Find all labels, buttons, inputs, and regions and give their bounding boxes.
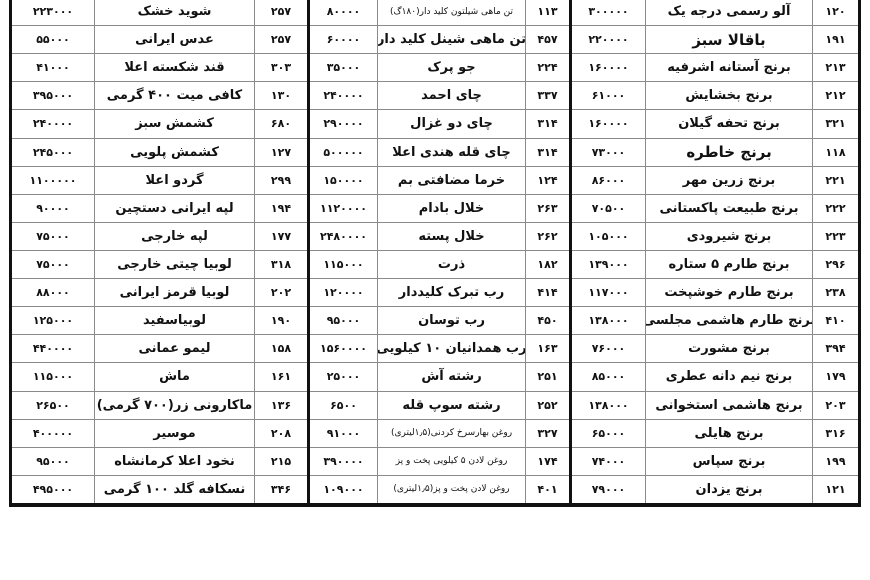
price-cell: ۷۰۵۰۰ bbox=[572, 195, 645, 222]
table-row: ۳۹۰۰۰۰روغن لادن ۵ کیلویی پخت و پز۱۷۴ bbox=[310, 447, 569, 475]
price-cell: ۱۳۸۰۰۰ bbox=[572, 392, 645, 419]
code-cell: ۲۲۱ bbox=[812, 167, 858, 194]
product-name-cell: کافی میت ۴۰۰ گرمی bbox=[94, 82, 254, 109]
product-name-cell: برنج طارم خوشپخت bbox=[645, 279, 812, 306]
code-cell: ۲۵۷ bbox=[254, 0, 307, 25]
table-row: ۱۱۲۰۰۰۰خلال بادام۲۶۳ bbox=[310, 194, 569, 222]
price-cell: ۲۲۰۰۰۰ bbox=[572, 26, 645, 53]
table-row: ۵۵۰۰۰عدس ایرانی۲۵۷ bbox=[12, 25, 307, 53]
price-cell: ۲۴۰۰۰۰ bbox=[12, 110, 94, 137]
product-name-cell: برنج تحفه گیلان bbox=[645, 110, 812, 137]
product-name-cell: لیمو عمانی bbox=[94, 335, 254, 362]
price-cell: ۱۰۹۰۰۰ bbox=[310, 476, 377, 503]
product-name-cell: شوید خشک bbox=[94, 0, 254, 25]
code-cell: ۴۱۰ bbox=[812, 307, 858, 334]
price-cell: ۷۵۰۰۰ bbox=[12, 251, 94, 278]
code-cell: ۳۱۸ bbox=[254, 251, 307, 278]
section-left: ۲۲۳۰۰۰شوید خشک۲۵۷۵۵۰۰۰عدس ایرانی۲۵۷۴۱۰۰۰… bbox=[12, 0, 307, 503]
code-cell: ۱۶۳ bbox=[525, 335, 569, 362]
code-cell: ۱۳۰ bbox=[254, 82, 307, 109]
price-cell: ۲۴۰۰۰۰ bbox=[310, 82, 377, 109]
product-name-cell: برنج سپاس bbox=[645, 448, 812, 475]
price-cell: ۱۳۹۰۰۰ bbox=[572, 251, 645, 278]
product-name-cell: قند شکسته اعلا bbox=[94, 54, 254, 81]
table-row: ۱۱۵۰۰۰ماش۱۶۱ bbox=[12, 362, 307, 390]
table-row: ۱۲۰۰۰۰رب تبرک کلیددار۴۱۴ bbox=[310, 278, 569, 306]
code-cell: ۳۳۷ bbox=[525, 82, 569, 109]
code-cell: ۱۵۸ bbox=[254, 335, 307, 362]
price-cell: ۸۵۰۰۰ bbox=[572, 363, 645, 390]
table-row: ۱۱۰۰۰۰۰گردو اعلا۲۹۹ bbox=[12, 166, 307, 194]
product-name-cell: لپه ایرانی دستچین bbox=[94, 195, 254, 222]
product-name-cell: عدس ایرانی bbox=[94, 26, 254, 53]
product-name-cell: رب همدانیان ۱۰ کیلویی bbox=[377, 335, 525, 362]
price-cell: ۵۵۰۰۰ bbox=[12, 26, 94, 53]
product-name-cell: لوبیا قرمز ایرانی bbox=[94, 279, 254, 306]
code-cell: ۳۱۶ bbox=[812, 420, 858, 447]
product-name-cell: کشمش پلویی bbox=[94, 139, 254, 166]
table-row: ۲۶۵۰۰ماکارونی زر(۷۰۰ گرمی)۱۳۶ bbox=[12, 391, 307, 419]
price-cell: ۱۱۲۰۰۰۰ bbox=[310, 195, 377, 222]
product-name-cell: روغن بهارسرخ کردنی(۱٫۵لیتری) bbox=[377, 420, 525, 447]
product-name-cell: برنج یزدان bbox=[645, 476, 812, 503]
table-row: ۷۹۰۰۰برنج یزدان۱۲۱ bbox=[572, 475, 858, 503]
table-row: ۷۵۰۰۰لوبیا چیتی خارجی۳۱۸ bbox=[12, 250, 307, 278]
code-cell: ۲۰۸ bbox=[254, 420, 307, 447]
code-cell: ۳۲۷ bbox=[525, 420, 569, 447]
product-name-cell: برنج طارم هاشمی مجلسی bbox=[645, 307, 812, 334]
product-name-cell: برنج مشورت bbox=[645, 335, 812, 362]
product-name-cell: رشته آش bbox=[377, 363, 525, 390]
table-row: ۸۰۰۰۰تن ماهی شیلتون کلید دار(۱۸۰گ)۱۱۳ bbox=[310, 0, 569, 25]
code-cell: ۲۹۹ bbox=[254, 167, 307, 194]
code-cell: ۲۰۳ bbox=[812, 392, 858, 419]
table-row: ۲۹۰۰۰۰چای دو غزال۳۱۴ bbox=[310, 109, 569, 137]
price-cell: ۸۰۰۰۰ bbox=[310, 0, 377, 25]
price-cell: ۳۵۰۰۰ bbox=[310, 54, 377, 81]
table-row: ۶۵۰۰۰برنج هایلی۳۱۶ bbox=[572, 419, 858, 447]
code-cell: ۱۲۰ bbox=[812, 0, 858, 25]
price-cell: ۱۲۵۰۰۰ bbox=[12, 307, 94, 334]
product-name-cell: لپه خارجی bbox=[94, 223, 254, 250]
table-row: ۵۰۰۰۰۰چای قله هندی اعلا۳۱۴ bbox=[310, 138, 569, 166]
price-cell: ۷۴۰۰۰ bbox=[572, 448, 645, 475]
code-cell: ۲۶۳ bbox=[525, 195, 569, 222]
product-name-cell: کشمش سبز bbox=[94, 110, 254, 137]
price-cell: ۲۴۸۰۰۰۰ bbox=[310, 223, 377, 250]
table-row: ۷۴۰۰۰برنج سپاس۱۹۹ bbox=[572, 447, 858, 475]
table-row: ۱۵۰۰۰۰خرما مضافتی بم۱۲۴ bbox=[310, 166, 569, 194]
code-cell: ۲۲۳ bbox=[812, 223, 858, 250]
price-cell: ۷۵۰۰۰ bbox=[12, 223, 94, 250]
table-row: ۱۳۸۰۰۰برنج هاشمی استخوانی۲۰۳ bbox=[572, 391, 858, 419]
code-cell: ۴۵۰ bbox=[525, 307, 569, 334]
code-cell: ۲۶۲ bbox=[525, 223, 569, 250]
table-row: ۱۵۶۰۰۰۰رب همدانیان ۱۰ کیلویی۱۶۳ bbox=[310, 334, 569, 362]
product-name-cell: خلال پسته bbox=[377, 223, 525, 250]
product-name-cell: چای قله هندی اعلا bbox=[377, 139, 525, 166]
table-row: ۴۹۵۰۰۰نسکافه گلد ۱۰۰ گرمی۳۴۶ bbox=[12, 475, 307, 503]
price-cell: ۴۰۰۰۰۰ bbox=[12, 420, 94, 447]
table-row: ۷۰۵۰۰برنج طبیعت پاکستانی۲۲۲ bbox=[572, 194, 858, 222]
code-cell: ۱۹۱ bbox=[812, 26, 858, 53]
table-row: ۱۰۵۰۰۰برنج شیرودی۲۲۳ bbox=[572, 222, 858, 250]
price-cell: ۲۹۰۰۰۰ bbox=[310, 110, 377, 137]
code-cell: ۳۲۱ bbox=[812, 110, 858, 137]
table-row: ۶۵۰۰رشته سوپ قله۲۵۲ bbox=[310, 391, 569, 419]
product-name-cell: برنج طبیعت پاکستانی bbox=[645, 195, 812, 222]
product-name-cell: تن ماهی شیلتون کلید دار(۱۸۰گ) bbox=[377, 0, 525, 25]
code-cell: ۲۱۳ bbox=[812, 54, 858, 81]
price-cell: ۶۵۰۰ bbox=[310, 392, 377, 419]
price-cell: ۱۳۸۰۰۰ bbox=[572, 307, 645, 334]
product-name-cell: روغن لادن پخت و پز(۱٫۵لیتری) bbox=[377, 476, 525, 503]
code-cell: ۱۷۷ bbox=[254, 223, 307, 250]
price-cell: ۲۶۵۰۰ bbox=[12, 392, 94, 419]
product-name-cell: ذرت bbox=[377, 251, 525, 278]
table-row: ۲۴۰۰۰۰چای احمد۳۳۷ bbox=[310, 81, 569, 109]
product-name-cell: برنج آستانه اشرفیه bbox=[645, 54, 812, 81]
product-name-cell: چای احمد bbox=[377, 82, 525, 109]
product-name-cell: برنج نیم دانه عطری bbox=[645, 363, 812, 390]
table-row: ۲۲۳۰۰۰شوید خشک۲۵۷ bbox=[12, 0, 307, 25]
table-row: ۶۰۰۰۰تن ماهی شینل کلید دار۴۵۷ bbox=[310, 25, 569, 53]
table-row: ۱۶۰۰۰۰برنج آستانه اشرفیه۲۱۳ bbox=[572, 53, 858, 81]
product-name-cell: برنج خاطره bbox=[645, 139, 812, 166]
code-cell: ۳۹۴ bbox=[812, 335, 858, 362]
code-cell: ۲۵۱ bbox=[525, 363, 569, 390]
price-cell: ۱۲۰۰۰۰ bbox=[310, 279, 377, 306]
price-cell: ۱۰۵۰۰۰ bbox=[572, 223, 645, 250]
code-cell: ۲۰۲ bbox=[254, 279, 307, 306]
product-name-cell: برنج بخشایش bbox=[645, 82, 812, 109]
price-cell: ۴۴۰۰۰۰ bbox=[12, 335, 94, 362]
table-row: ۴۰۰۰۰۰موسیر۲۰۸ bbox=[12, 419, 307, 447]
code-cell: ۲۵۲ bbox=[525, 392, 569, 419]
price-cell: ۷۶۰۰۰ bbox=[572, 335, 645, 362]
product-name-cell: چای دو غزال bbox=[377, 110, 525, 137]
product-name-cell: برنج طارم ۵ ستاره bbox=[645, 251, 812, 278]
table-row: ۹۵۰۰۰نخود اعلا کرمانشاه۲۱۵ bbox=[12, 447, 307, 475]
code-cell: ۳۰۳ bbox=[254, 54, 307, 81]
product-name-cell: جو پرک bbox=[377, 54, 525, 81]
product-name-cell: ماکارونی زر(۷۰۰ گرمی) bbox=[94, 392, 254, 419]
code-cell: ۱۹۰ bbox=[254, 307, 307, 334]
price-cell: ۹۵۰۰۰ bbox=[310, 307, 377, 334]
price-cell: ۳۹۰۰۰۰ bbox=[310, 448, 377, 475]
table-row: ۳۰۰۰۰۰آلو رسمی درجه یک۱۲۰ bbox=[572, 0, 858, 25]
price-cell: ۸۶۰۰۰ bbox=[572, 167, 645, 194]
code-cell: ۱۹۹ bbox=[812, 448, 858, 475]
code-cell: ۴۵۷ bbox=[525, 26, 569, 53]
table-row: ۱۳۹۰۰۰برنج طارم ۵ ستاره۲۹۶ bbox=[572, 250, 858, 278]
product-name-cell: رب توسان bbox=[377, 307, 525, 334]
price-cell: ۴۹۵۰۰۰ bbox=[12, 476, 94, 503]
code-cell: ۲۹۶ bbox=[812, 251, 858, 278]
table-row: ۲۴۸۰۰۰۰خلال پسته۲۶۲ bbox=[310, 222, 569, 250]
price-cell: ۹۱۰۰۰ bbox=[310, 420, 377, 447]
code-cell: ۳۱۴ bbox=[525, 139, 569, 166]
product-name-cell: لوبیا چیتی خارجی bbox=[94, 251, 254, 278]
product-name-cell: خلال بادام bbox=[377, 195, 525, 222]
price-cell: ۳۹۵۰۰۰ bbox=[12, 82, 94, 109]
table-row: ۴۱۰۰۰قند شکسته اعلا۳۰۳ bbox=[12, 53, 307, 81]
price-cell: ۱۱۰۰۰۰۰ bbox=[12, 167, 94, 194]
price-cell: ۸۸۰۰۰ bbox=[12, 279, 94, 306]
product-name-cell: آلو رسمی درجه یک bbox=[645, 0, 812, 25]
table-row: ۲۴۰۰۰۰کشمش سبز۶۸۰ bbox=[12, 109, 307, 137]
product-name-cell: روغن لادن ۵ کیلویی پخت و پز bbox=[377, 448, 525, 475]
product-name-cell: نخود اعلا کرمانشاه bbox=[94, 448, 254, 475]
product-name-cell: رشته سوپ قله bbox=[377, 392, 525, 419]
code-cell: ۲۳۸ bbox=[812, 279, 858, 306]
code-cell: ۱۱۸ bbox=[812, 139, 858, 166]
product-name-cell: برنج شیرودی bbox=[645, 223, 812, 250]
code-cell: ۶۸۰ bbox=[254, 110, 307, 137]
price-cell: ۶۵۰۰۰ bbox=[572, 420, 645, 447]
code-cell: ۴۱۴ bbox=[525, 279, 569, 306]
table-row: ۸۸۰۰۰لوبیا قرمز ایرانی۲۰۲ bbox=[12, 278, 307, 306]
table-row: ۹۱۰۰۰روغن بهارسرخ کردنی(۱٫۵لیتری)۳۲۷ bbox=[310, 419, 569, 447]
product-name-cell: برنج زرین مهر bbox=[645, 167, 812, 194]
price-cell: ۲۴۵۰۰۰ bbox=[12, 139, 94, 166]
table-row: ۳۹۵۰۰۰کافی میت ۴۰۰ گرمی۱۳۰ bbox=[12, 81, 307, 109]
product-name-cell: باقالا سبز bbox=[645, 26, 812, 53]
price-cell: ۱۱۷۰۰۰ bbox=[572, 279, 645, 306]
product-name-cell: ماش bbox=[94, 363, 254, 390]
code-cell: ۱۲۴ bbox=[525, 167, 569, 194]
code-cell: ۲۱۲ bbox=[812, 82, 858, 109]
code-cell: ۱۲۷ bbox=[254, 139, 307, 166]
code-cell: ۱۳۶ bbox=[254, 392, 307, 419]
code-cell: ۳۴۶ bbox=[254, 476, 307, 503]
code-cell: ۱۸۲ bbox=[525, 251, 569, 278]
product-name-cell: رب تبرک کلیددار bbox=[377, 279, 525, 306]
price-cell: ۳۰۰۰۰۰ bbox=[572, 0, 645, 25]
table-row: ۱۱۷۰۰۰برنج طارم خوشپخت۲۳۸ bbox=[572, 278, 858, 306]
code-cell: ۱۲۱ bbox=[812, 476, 858, 503]
price-cell: ۱۶۰۰۰۰ bbox=[572, 54, 645, 81]
price-cell: ۷۹۰۰۰ bbox=[572, 476, 645, 503]
table-row: ۱۱۵۰۰۰ذرت۱۸۲ bbox=[310, 250, 569, 278]
table-row: ۹۰۰۰۰لپه ایرانی دستچین۱۹۴ bbox=[12, 194, 307, 222]
price-cell: ۴۱۰۰۰ bbox=[12, 54, 94, 81]
price-cell: ۶۰۰۰۰ bbox=[310, 26, 377, 53]
price-list-table: ۲۲۳۰۰۰شوید خشک۲۵۷۵۵۰۰۰عدس ایرانی۲۵۷۴۱۰۰۰… bbox=[9, 0, 861, 507]
product-name-cell: گردو اعلا bbox=[94, 167, 254, 194]
price-cell: ۹۵۰۰۰ bbox=[12, 448, 94, 475]
code-cell: ۲۵۷ bbox=[254, 26, 307, 53]
table-row: ۷۵۰۰۰لپه خارجی۱۷۷ bbox=[12, 222, 307, 250]
price-cell: ۱۵۶۰۰۰۰ bbox=[310, 335, 377, 362]
code-cell: ۱۱۳ bbox=[525, 0, 569, 25]
price-cell: ۶۱۰۰۰ bbox=[572, 82, 645, 109]
table-row: ۸۶۰۰۰برنج زرین مهر۲۲۱ bbox=[572, 166, 858, 194]
table-row: ۱۳۸۰۰۰برنج طارم هاشمی مجلسی۴۱۰ bbox=[572, 306, 858, 334]
code-cell: ۲۲۴ bbox=[525, 54, 569, 81]
product-name-cell: نسکافه گلد ۱۰۰ گرمی bbox=[94, 476, 254, 503]
code-cell: ۱۷۹ bbox=[812, 363, 858, 390]
price-cell: ۱۱۵۰۰۰ bbox=[310, 251, 377, 278]
table-row: ۹۵۰۰۰رب توسان۴۵۰ bbox=[310, 306, 569, 334]
table-row: ۲۵۰۰۰رشته آش۲۵۱ bbox=[310, 362, 569, 390]
price-cell: ۲۵۰۰۰ bbox=[310, 363, 377, 390]
price-cell: ۵۰۰۰۰۰ bbox=[310, 139, 377, 166]
product-name-cell: لوبیاسفید bbox=[94, 307, 254, 334]
product-name-cell: برنج هاشمی استخوانی bbox=[645, 392, 812, 419]
code-cell: ۱۷۴ bbox=[525, 448, 569, 475]
product-name-cell: موسیر bbox=[94, 420, 254, 447]
code-cell: ۱۹۴ bbox=[254, 195, 307, 222]
code-cell: ۱۶۱ bbox=[254, 363, 307, 390]
code-cell: ۲۱۵ bbox=[254, 448, 307, 475]
code-cell: ۲۲۲ bbox=[812, 195, 858, 222]
table-row: ۷۶۰۰۰برنج مشورت۳۹۴ bbox=[572, 334, 858, 362]
table-row: ۳۵۰۰۰جو پرک۲۲۴ bbox=[310, 53, 569, 81]
section-right: ۳۰۰۰۰۰آلو رسمی درجه یک۱۲۰۲۲۰۰۰۰باقالا سب… bbox=[569, 0, 858, 503]
price-cell: ۱۵۰۰۰۰ bbox=[310, 167, 377, 194]
table-row: ۱۰۹۰۰۰روغن لادن پخت و پز(۱٫۵لیتری)۴۰۱ bbox=[310, 475, 569, 503]
table-row: ۴۴۰۰۰۰لیمو عمانی۱۵۸ bbox=[12, 334, 307, 362]
table-row: ۲۴۵۰۰۰کشمش پلویی۱۲۷ bbox=[12, 138, 307, 166]
product-name-cell: خرما مضافتی بم bbox=[377, 167, 525, 194]
price-cell: ۱۱۵۰۰۰ bbox=[12, 363, 94, 390]
price-cell: ۹۰۰۰۰ bbox=[12, 195, 94, 222]
code-cell: ۳۱۴ bbox=[525, 110, 569, 137]
section-middle: ۸۰۰۰۰تن ماهی شیلتون کلید دار(۱۸۰گ)۱۱۳۶۰۰… bbox=[307, 0, 569, 503]
code-cell: ۴۰۱ bbox=[525, 476, 569, 503]
table-row: ۶۱۰۰۰برنج بخشایش۲۱۲ bbox=[572, 81, 858, 109]
table-row: ۱۲۵۰۰۰لوبیاسفید۱۹۰ bbox=[12, 306, 307, 334]
table-row: ۷۳۰۰۰برنج خاطره۱۱۸ bbox=[572, 138, 858, 166]
price-cell: ۷۳۰۰۰ bbox=[572, 139, 645, 166]
product-name-cell: برنج هایلی bbox=[645, 420, 812, 447]
table-row: ۸۵۰۰۰برنج نیم دانه عطری۱۷۹ bbox=[572, 362, 858, 390]
price-cell: ۱۶۰۰۰۰ bbox=[572, 110, 645, 137]
table-row: ۱۶۰۰۰۰برنج تحفه گیلان۳۲۱ bbox=[572, 109, 858, 137]
table-row: ۲۲۰۰۰۰باقالا سبز۱۹۱ bbox=[572, 25, 858, 53]
product-name-cell: تن ماهی شینل کلید دار bbox=[377, 26, 525, 53]
price-cell: ۲۲۳۰۰۰ bbox=[12, 0, 94, 25]
